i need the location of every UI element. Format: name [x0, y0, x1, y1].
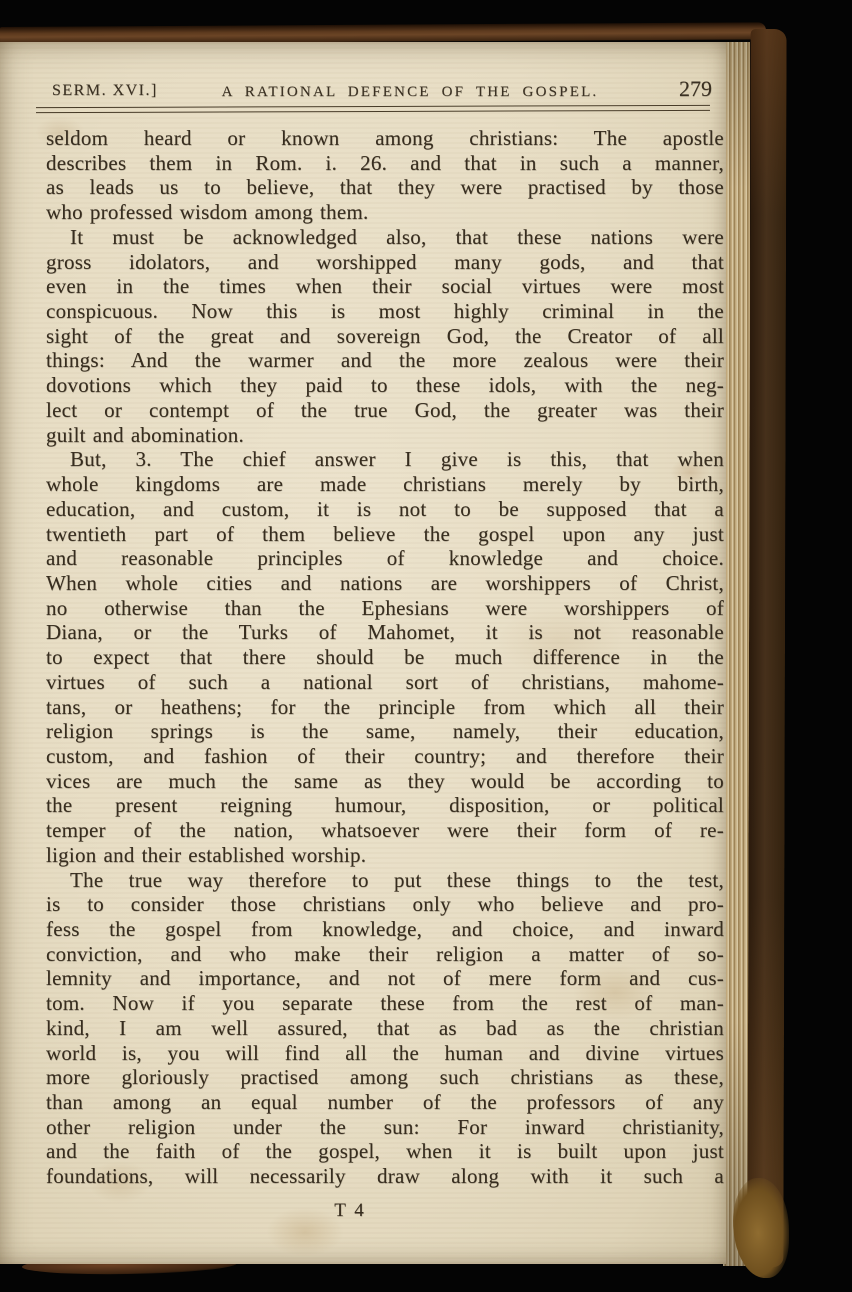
text-line: kind, I am well assured, that as bad as … — [46, 1016, 724, 1041]
text-line: whole kingdoms are made christians merel… — [46, 472, 724, 497]
text-line: describes them in Rom. i. 26. and that i… — [46, 151, 724, 176]
text-line: But, 3. The chief answer I give is this,… — [46, 447, 724, 472]
text-line: conviction, and who make their religion … — [46, 942, 724, 967]
text-line: tom. Now if you separate these from the … — [46, 991, 724, 1016]
text-line: ligion and their established worship. — [46, 843, 724, 868]
book-page-stack-fore-edge — [723, 42, 750, 1266]
text-line: tans, or heathens; for the principle fro… — [46, 695, 724, 720]
text-line: temper of the nation, whatsoever were th… — [46, 818, 724, 843]
signature-mark: T 4 — [280, 1200, 420, 1222]
header-running-title: A RATIONAL DEFENCE OF THE GOSPEL. — [150, 84, 670, 101]
text-line: education, and custom, it is not to be s… — [46, 497, 724, 522]
text-line: conspicuous. Now this is most highly cri… — [46, 299, 724, 324]
text-line: is to consider those christians only who… — [46, 892, 724, 917]
text-line: lemnity and importance, and not of mere … — [46, 966, 724, 991]
header-double-rule — [36, 105, 710, 113]
text-line: gross idolators, and worshipped many god… — [46, 250, 724, 275]
text-line: other religion under the sun: For inward… — [46, 1115, 724, 1140]
text-line: no otherwise than the Ephesians were wor… — [46, 596, 724, 621]
text-line: the present reigning humour, disposition… — [46, 793, 724, 818]
text-line: even in the times when their social virt… — [46, 274, 724, 299]
text-line: vices are much the same as they would be… — [46, 769, 724, 794]
text-line: It must be acknowledged also, that these… — [46, 225, 724, 250]
text-line: The true way therefore to put these thin… — [46, 868, 724, 893]
text-line: than among an equal number of the profes… — [46, 1090, 724, 1115]
text-line: lect or contempt of the true God, the gr… — [46, 398, 724, 423]
text-line: guilt and abomination. — [46, 423, 724, 448]
text-line: sight of the great and sovereign God, th… — [46, 324, 724, 349]
text-line: to expect that there should be much diff… — [46, 645, 724, 670]
book-page: SERM. XVI.] A RATIONAL DEFENCE OF THE GO… — [0, 42, 726, 1264]
text-line: fess the gospel from knowledge, and choi… — [46, 917, 724, 942]
text-line: things: And the warmer and the more zeal… — [46, 348, 724, 373]
header-page-number: 279 — [679, 76, 712, 102]
text-line: twentieth part of them believe the gospe… — [46, 522, 724, 547]
page-text: seldom heard or known among christians: … — [46, 126, 724, 1189]
text-line: and the faith of the gospel, when it is … — [46, 1139, 724, 1164]
text-line: custom, and fashion of their country; an… — [46, 744, 724, 769]
text-line: virtues of such a national sort of chris… — [46, 670, 724, 695]
text-line: Diana, or the Turks of Mahomet, it is no… — [46, 620, 724, 645]
book-right-cover-edge — [747, 29, 786, 1267]
text-line: religion springs is the same, namely, th… — [46, 719, 724, 744]
text-line: more gloriously practised among such chr… — [46, 1065, 724, 1090]
text-line: seldom heard or known among christians: … — [46, 126, 724, 151]
header-section-label: SERM. XVI.] — [52, 82, 158, 100]
text-line: and reasonable principles of knowledge a… — [46, 546, 724, 571]
text-line: foundations, will necessarily draw along… — [46, 1164, 724, 1189]
book-top-cover-edge — [0, 22, 766, 44]
text-line: dovotions which they paid to these idols… — [46, 373, 724, 398]
text-line: world is, you will find all the human an… — [46, 1041, 724, 1066]
text-line: who professed wisdom among them. — [46, 200, 724, 225]
text-line: as leads us to believe, that they were p… — [46, 175, 724, 200]
photo-background: SERM. XVI.] A RATIONAL DEFENCE OF THE GO… — [0, 0, 852, 1292]
text-line: When whole cities and nations are worshi… — [46, 571, 724, 596]
